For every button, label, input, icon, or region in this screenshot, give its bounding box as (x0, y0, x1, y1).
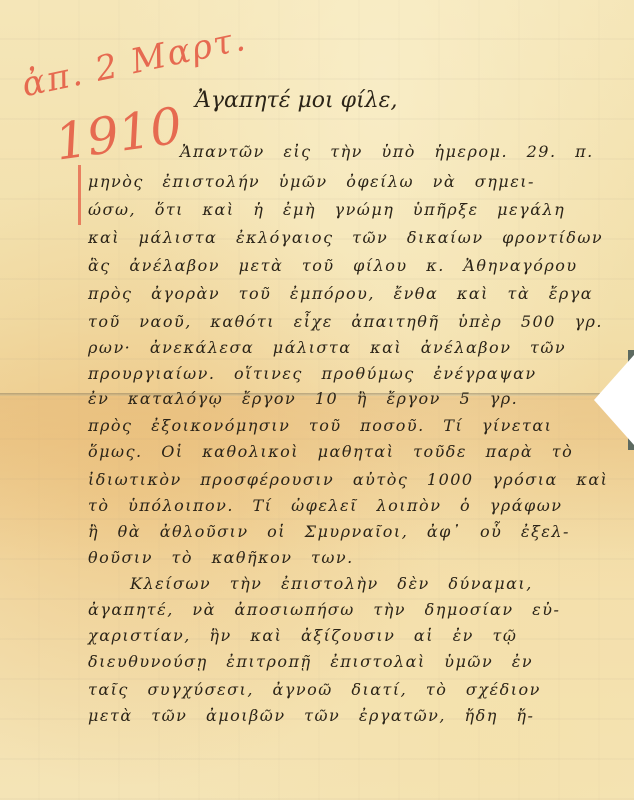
letter-salutation: Ἀγαπητέ μοι φίλε, (195, 88, 397, 113)
letter-line: τοῦ ναοῦ, καθότι εἶχε ἀπαιτηθῆ ὑπὲρ 500 … (88, 312, 628, 331)
letter-line: Κλείσων τὴν ἐπιστολὴν δὲν δύναμαι, (130, 574, 630, 593)
letter-line: ρων· ἀνεκάλεσα μάλιστα καὶ ἀνέλαβον τῶν (88, 338, 628, 357)
letter-line: πρὸς ἐξοικονόμησιν τοῦ ποσοῦ. Τί γίνεται (88, 416, 628, 435)
letter-line: τὸ ὑπόλοιπον. Τί ὠφελεῖ λοιπὸν ὁ γράφων (88, 496, 628, 515)
letter-line: προυργιαίων. οἵτινες προθύμως ἐνέγραψαν (88, 364, 628, 383)
letter-line: πρὸς ἀγορὰν τοῦ ἐμπόρου, ἔνθα καὶ τὰ ἔργ… (88, 284, 628, 303)
letter-line: μετὰ τῶν ἀμοιβῶν τῶν ἐργατῶν, ἤδη ἤ- (88, 706, 628, 725)
red-margin-mark (78, 165, 81, 225)
letter-line: μηνὸς ἐπιστολήν ὑμῶν ὀφείλω νὰ σημει- (88, 172, 628, 191)
letter-line: ἃς ἀνέλαβον μετὰ τοῦ φίλου κ. Ἀθηναγόρου (88, 256, 628, 275)
letter-line: ταῖς συγχύσεσι, ἀγνοῶ διατί, τὸ σχέδιον (88, 680, 628, 699)
letter-line: ἢ θὰ ἀθλοῦσιν οἱ Σμυρναῖοι, ἀφ᾽ οὗ ἐξελ- (88, 522, 628, 541)
letter-line: ώσω, ὅτι καὶ ἡ ἐμὴ γνώμη ὑπῆρξε μεγάλη (88, 200, 628, 219)
letter-line: καὶ μάλιστα ἐκλόγαιος τῶν δικαίων φροντί… (88, 228, 628, 247)
letter-line: διευθυνούσῃ ἐπιτροπῇ ἐπιστολαὶ ὑμῶν ἐν (88, 652, 628, 671)
letter-line: ἐν καταλόγῳ ἔργον 10 ἢ ἔργον 5 γρ. (88, 389, 628, 408)
letter-line: ὅμως. Οἱ καθολικοὶ μαθηταὶ τοῦδε παρὰ τὸ (88, 442, 628, 461)
letter-line: ἰδιωτικὸν προσφέρουσιν αὐτὸς 1000 γρόσια… (88, 470, 628, 489)
letter-line: ἀγαπητέ, νὰ ἀποσιωπήσω τὴν δημοσίαν εὐ- (88, 600, 628, 619)
letter-line: θοῦσιν τὸ καθῆκον των. (88, 548, 628, 567)
letter-line: χαριστίαν, ἣν καὶ ἀξίζουσιν αἱ ἐν τῷ (88, 626, 628, 645)
letter-line: Ἀπαντῶν εἰς τὴν ὑπὸ ἡμερομ. 29. π. (180, 142, 630, 161)
